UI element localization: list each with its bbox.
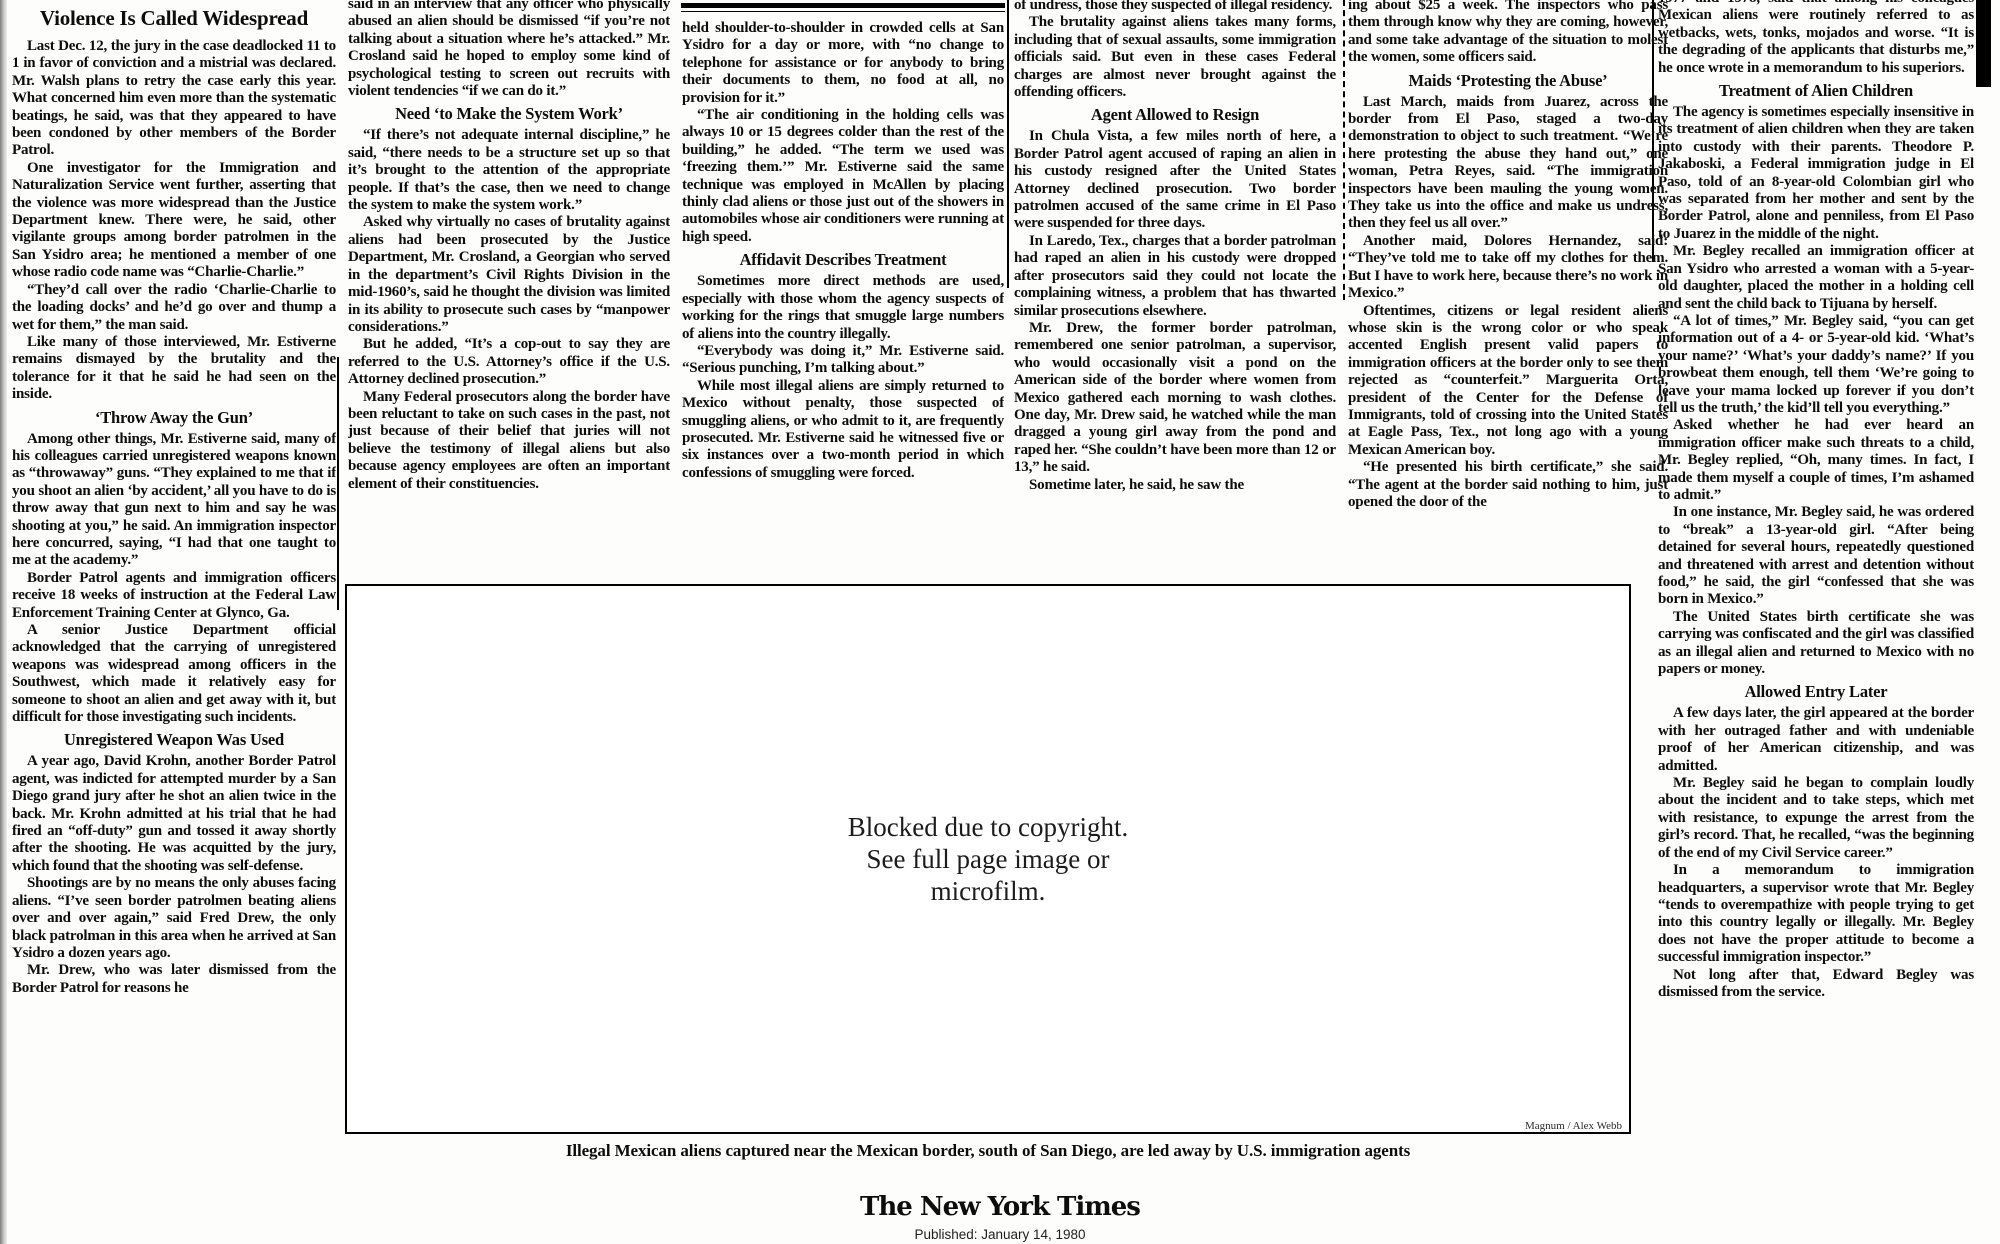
paragraph: Last Dec. 12, the jury in the case deadl… xyxy=(12,38,336,160)
paragraph: Another maid, Dolores Hernandez, said: “… xyxy=(1348,233,1668,303)
column-2: said in an interview that any officer wh… xyxy=(348,0,670,585)
column-divider-1-2 xyxy=(337,357,339,610)
paragraph: The United States birth certificate she … xyxy=(1658,609,1974,679)
column-6: 1977 and 1978, said that among his colle… xyxy=(1658,0,1974,1170)
headline: Violence Is Called Widespread xyxy=(12,6,336,31)
paragraph: While most illegal aliens are simply ret… xyxy=(682,378,1004,482)
paragraph: of undress, those they suspected of ille… xyxy=(1014,0,1336,14)
published-date: Published: January 14, 1980 xyxy=(0,1227,2000,1242)
paragraph: Shootings are by no means the only abuse… xyxy=(12,875,336,962)
subhead: Affidavit Describes Treatment xyxy=(682,250,1004,270)
paragraph: 1977 and 1978, said that among his colle… xyxy=(1658,0,1974,77)
paragraph: “Everybody was doing it,” Mr. Estiverne … xyxy=(682,343,1004,378)
subhead: ‘Throw Away the Gun’ xyxy=(12,408,336,428)
paragraph: “The air conditioning in the holding cel… xyxy=(682,107,1004,246)
paragraph: Oftentimes, citizens or legal resident a… xyxy=(1348,303,1668,460)
paragraph: In a memorandum to immigration headquart… xyxy=(1658,862,1974,966)
column-divider-3-4 xyxy=(1007,0,1009,288)
paragraph: Sometimes more direct methods are used, … xyxy=(682,273,1004,343)
paragraph: The brutality against aliens takes many … xyxy=(1014,14,1336,101)
subhead: Unregistered Weapon Was Used xyxy=(12,730,336,750)
subhead: Agent Allowed to Resign xyxy=(1014,105,1336,125)
column-3-top-rule-thin xyxy=(681,11,1005,12)
paragraph: Last March, maids from Juarez, across th… xyxy=(1348,94,1668,233)
photo-caption: Illegal Mexican aliens captured near the… xyxy=(345,1141,1631,1161)
paragraph: said in an interview that any officer wh… xyxy=(348,0,670,100)
column-divider-4-5 xyxy=(1343,0,1345,300)
column-5: ing about $25 a week. The inspectors who… xyxy=(1348,0,1668,583)
paragraph: Border Patrol agents and immigration off… xyxy=(12,570,336,622)
paragraph: In Laredo, Tex., charges that a border p… xyxy=(1014,233,1336,320)
column-3-top-rule xyxy=(681,3,1005,8)
copyright-blocked-notice: Blocked due to copyright. See full page … xyxy=(848,811,1128,907)
nyt-masthead-logo: The New York Times xyxy=(0,1192,2000,1222)
paragraph: “He presented his birth certificate,” sh… xyxy=(1348,459,1668,511)
paragraph: Not long after that, Edward Begley was d… xyxy=(1658,967,1974,1002)
column-3: held shoulder-to-shoulder in crowded cel… xyxy=(682,20,1004,582)
column-4: of undress, those they suspected of ille… xyxy=(1014,0,1336,584)
paragraph: Many Federal prosecutors along the borde… xyxy=(348,389,670,493)
photo-credit: Magnum / Alex Webb xyxy=(1522,1120,1625,1132)
paragraph: One investigator for the Immigration and… xyxy=(12,160,336,282)
subhead: Need ‘to Make the System Work’ xyxy=(348,104,670,124)
paragraph: Mr. Drew, who was later dismissed from t… xyxy=(12,962,336,997)
scan-left-edge-strip xyxy=(0,0,7,1244)
subhead: Maids ‘Protesting the Abuse’ xyxy=(1348,71,1668,91)
paragraph: Asked why virtually no cases of brutalit… xyxy=(348,214,670,336)
paragraph: “If there’s not adequate internal discip… xyxy=(348,127,670,214)
paragraph: Like many of those interviewed, Mr. Esti… xyxy=(12,334,336,404)
paragraph: held shoulder-to-shoulder in crowded cel… xyxy=(682,20,1004,107)
paragraph: Mr. Drew, the former border patrolman, r… xyxy=(1014,320,1336,477)
scan-artifact-bar xyxy=(1976,0,1991,87)
paragraph: ing about $25 a week. The inspectors who… xyxy=(1348,0,1668,67)
blocked-photo-region: Blocked due to copyright. See full page … xyxy=(345,584,1631,1134)
paragraph: Mr. Begley said he began to complain lou… xyxy=(1658,775,1974,862)
paragraph: Asked whether he had ever heard an immig… xyxy=(1658,417,1974,504)
newspaper-page: Violence Is Called WidespreadLast Dec. 1… xyxy=(0,0,2000,1244)
paragraph: “They’d call over the radio ‘Charlie-Cha… xyxy=(12,282,336,334)
paragraph: A year ago, David Krohn, another Border … xyxy=(12,753,336,875)
paragraph: Sometime later, he said, he saw the xyxy=(1014,477,1336,494)
subhead: Allowed Entry Later xyxy=(1658,682,1974,702)
paragraph: The agency is sometimes especially insen… xyxy=(1658,104,1974,243)
column-1: Violence Is Called WidespreadLast Dec. 1… xyxy=(12,6,336,1168)
paragraph: Among other things, Mr. Estiverne said, … xyxy=(12,431,336,570)
paragraph: A senior Justice Department official ack… xyxy=(12,622,336,726)
paragraph: A few days later, the girl appeared at t… xyxy=(1658,705,1974,775)
paragraph: But he added, “It’s a cop-out to say the… xyxy=(348,336,670,388)
paragraph: In one instance, Mr. Begley said, he was… xyxy=(1658,504,1974,608)
paragraph: In Chula Vista, a few miles north of her… xyxy=(1014,128,1336,232)
subhead: Treatment of Alien Children xyxy=(1658,81,1974,101)
paragraph: Mr. Begley recalled an immigration offic… xyxy=(1658,243,1974,313)
paragraph: “A lot of times,” Mr. Begley said, “you … xyxy=(1658,313,1974,417)
